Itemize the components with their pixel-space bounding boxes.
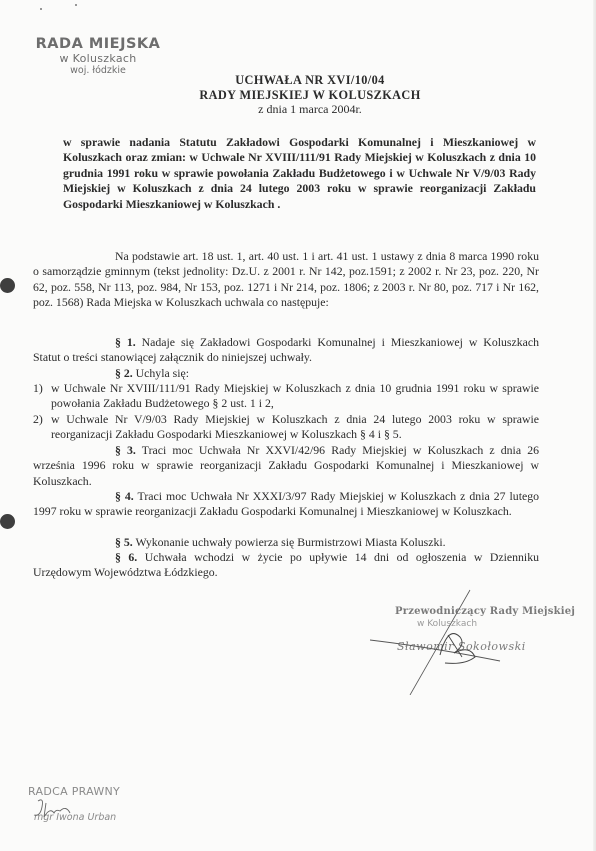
section-text: Uchyla się: — [133, 366, 189, 380]
list-number: 2) — [33, 412, 43, 427]
section-text: Traci moc Uchwała Nr XXXI/3/97 Rady Miej… — [33, 489, 539, 518]
resolution-header: UCHWAŁA NR XVI/10/04 RADY MIEJSKIEJ W KO… — [180, 73, 440, 117]
scan-speck — [40, 8, 42, 10]
punch-hole — [0, 278, 15, 293]
stamp-line-1: RADA MIEJSKA — [28, 36, 168, 52]
section-2-item-2: 2) w Uchwale Nr V/9/03 Rady Miejskiej w … — [33, 412, 539, 443]
resolution-title: UCHWAŁA NR XVI/10/04 — [180, 73, 440, 88]
section-label: § 6. — [115, 550, 137, 564]
section-2: § 2. Uchyla się: — [33, 366, 539, 381]
section-4: § 4. Traci moc Uchwała Nr XXXI/3/97 Rady… — [33, 489, 539, 520]
section-2-item-1: 1) w Uchwale Nr XVIII/111/91 Rady Miejsk… — [33, 381, 539, 412]
section-label: § 3. — [115, 443, 136, 457]
stamp-line-3: woj. łódzkie — [28, 65, 168, 76]
council-stamp: RADA MIEJSKA w Koluszkach woj. łódzkie — [28, 36, 168, 76]
section-text: Uchwała wchodzi w życie po upływie 14 dn… — [33, 550, 539, 579]
section-label: § 2. — [115, 366, 133, 380]
scan-speck — [75, 4, 77, 6]
stamp-line-2: w Koluszkach — [28, 52, 168, 65]
resolution-subject: w sprawie nadania Statutu Zakładowi Gosp… — [63, 135, 536, 212]
section-text: Wykonanie uchwały powierza się Burmistrz… — [133, 535, 446, 549]
list-text: w Uchwale Nr XVIII/111/91 Rady Miejskiej… — [51, 381, 539, 412]
list-number: 1) — [33, 381, 43, 396]
preamble: Na podstawie art. 18 ust. 1, art. 40 ust… — [33, 249, 539, 311]
section-label: § 1. — [115, 335, 136, 349]
section-label: § 4. — [115, 489, 134, 503]
list-text: w Uchwale Nr V/9/03 Rady Miejskiej w Kol… — [51, 412, 539, 443]
section-3: § 3. Traci moc Uchwała Nr XXVI/42/96 Rad… — [33, 443, 539, 489]
resolution-date: z dnia 1 marca 2004r. — [180, 102, 440, 117]
resolution-issuer: RADY MIEJSKIEJ W KOLUSZKACH — [180, 88, 440, 103]
legal-counsel-signature-icon — [30, 795, 90, 823]
handwritten-signature-icon — [370, 585, 530, 695]
section-text: Nadaje się Zakładowi Gospodarki Komunaln… — [33, 335, 539, 364]
punch-hole — [0, 514, 15, 529]
section-1: § 1. Nadaje się Zakładowi Gospodarki Kom… — [33, 335, 539, 366]
section-text: Traci moc Uchwała Nr XXVI/42/96 Rady Mie… — [33, 443, 539, 488]
section-6: § 6. Uchwała wchodzi w życie po upływie … — [33, 550, 539, 581]
section-label: § 5. — [115, 535, 133, 549]
section-5: § 5. Wykonanie uchwały powierza się Burm… — [33, 535, 539, 550]
